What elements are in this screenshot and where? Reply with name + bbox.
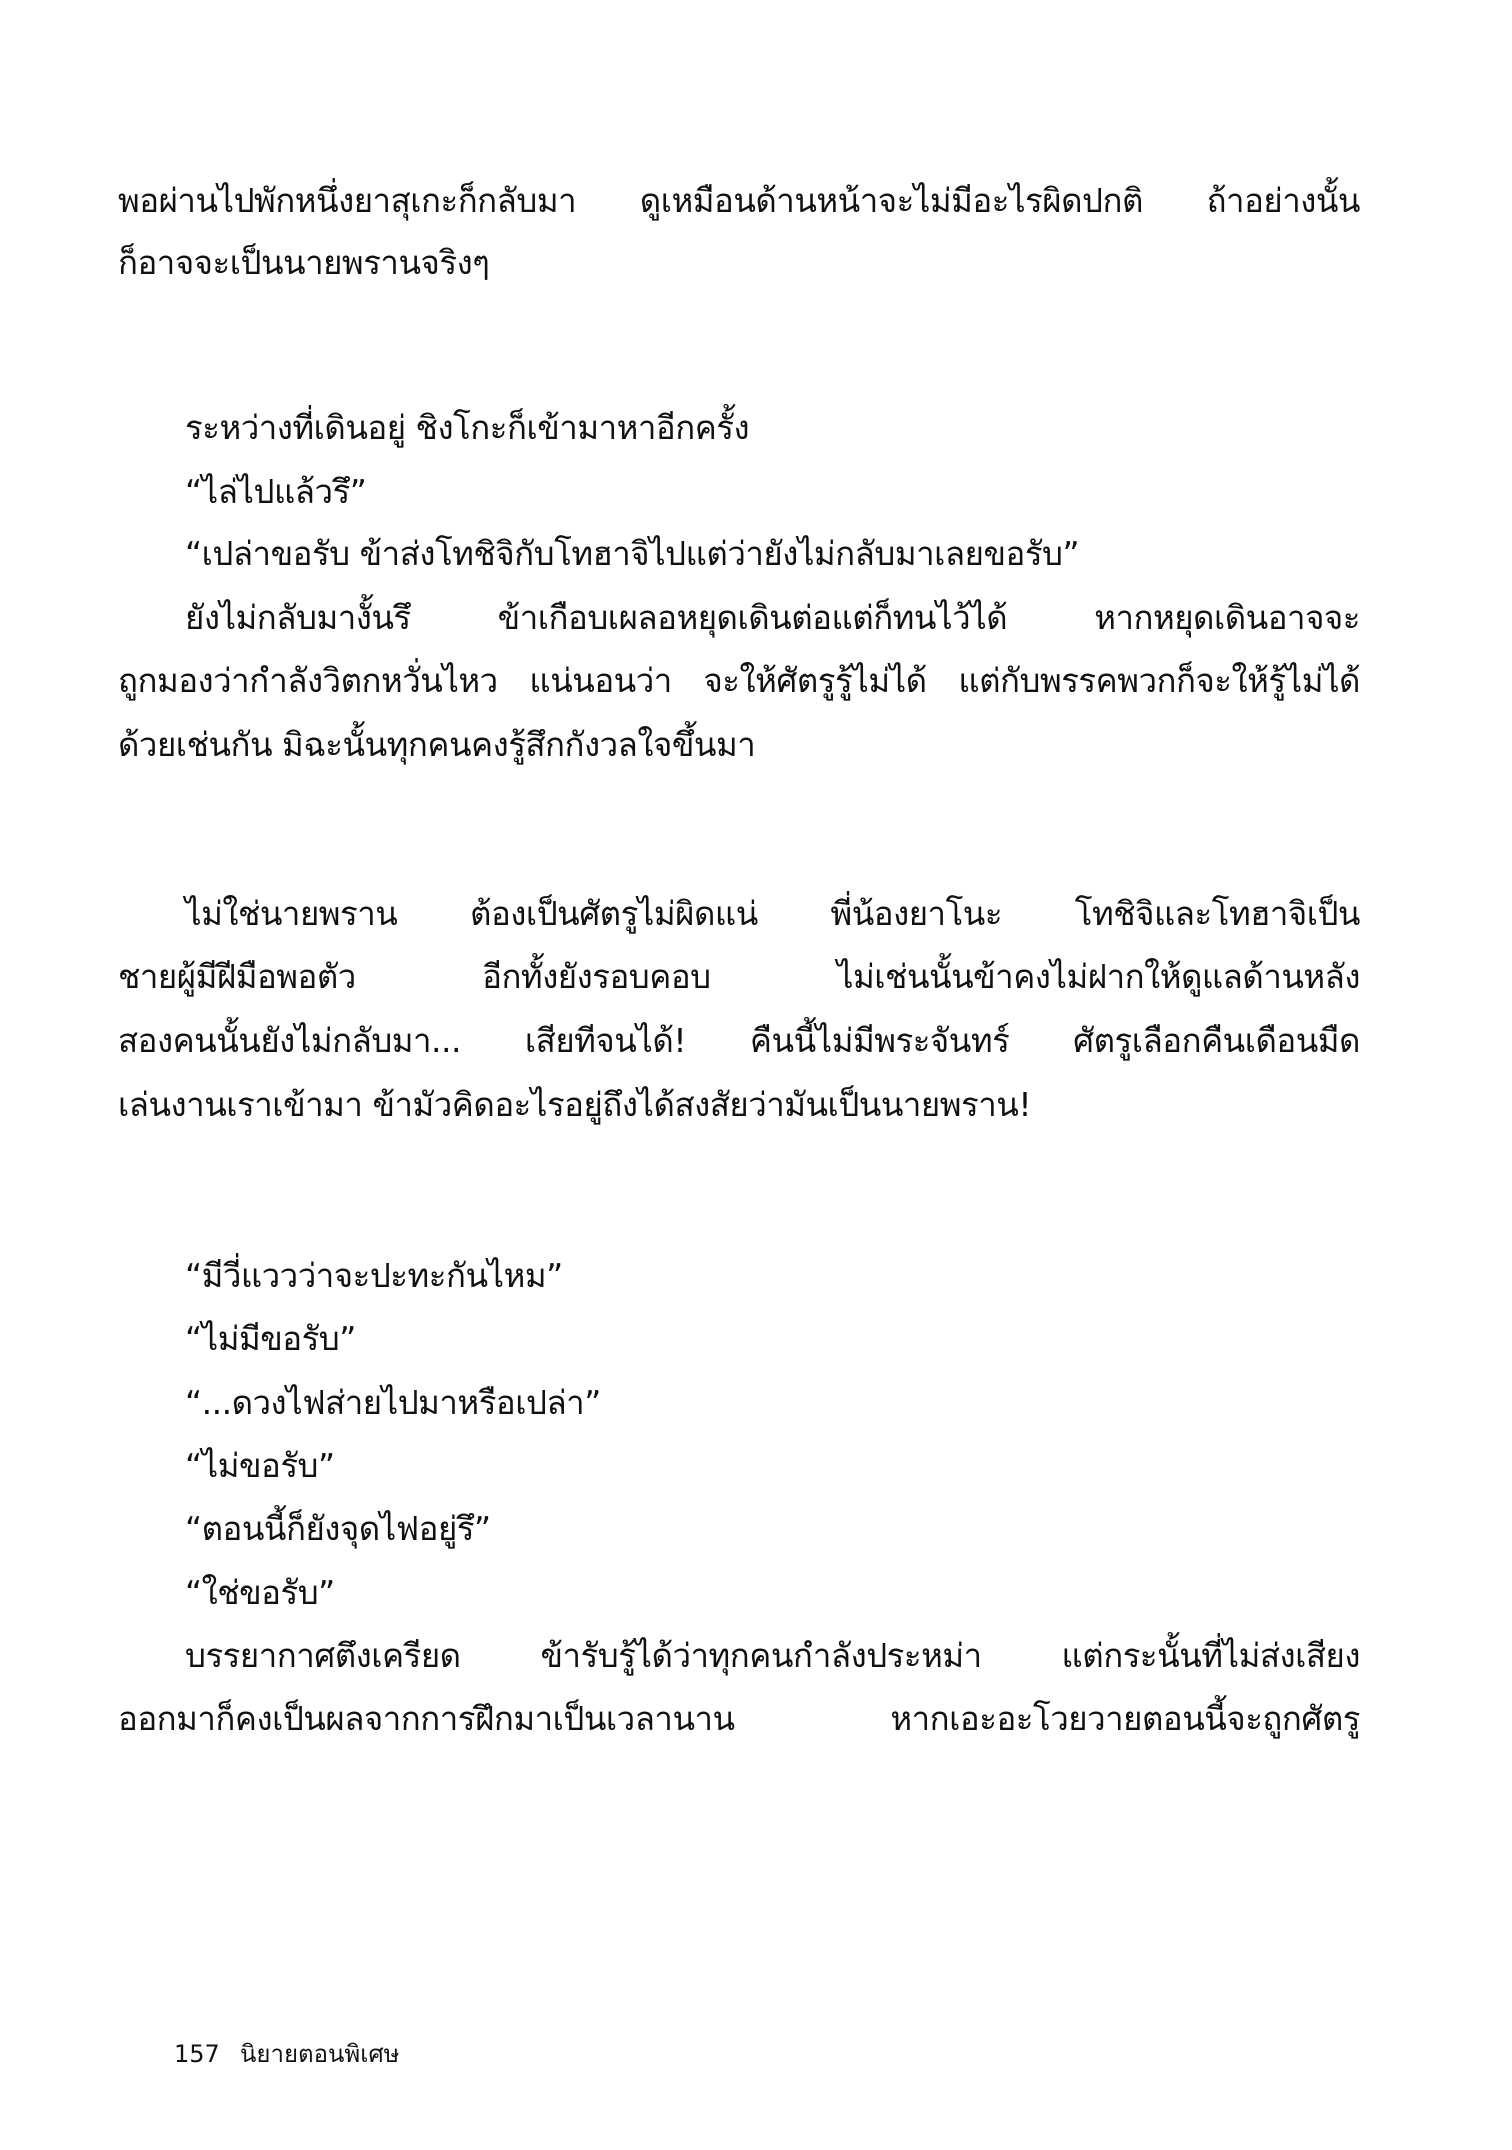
text-line: ยังไม่กลับมางั้นรึ ข้าเกือบเผลอหยุดเดินต… bbox=[185, 593, 1360, 643]
text-line: “ตอนนี้ก็ยังจุดไฟอยู่รึ” bbox=[185, 1504, 1360, 1554]
page-number: 157 bbox=[174, 2036, 240, 2072]
page-footer: 157นิยายตอนพิเศษ bbox=[174, 2036, 400, 2072]
text-line: บรรยากาศตึงเครียด ข้ารับรู้ได้ว่าทุกคนกำ… bbox=[185, 1631, 1360, 1681]
text-line: สองคนนั้นยังไม่กลับมา... เสียทีจนได้! คื… bbox=[118, 1016, 1360, 1066]
text-line: “ใช่ขอรับ” bbox=[185, 1568, 1360, 1618]
text-line: “ไม่มีขอรับ” bbox=[185, 1314, 1360, 1364]
text-line: “...ดวงไฟส่ายไปมาหรือเปล่า” bbox=[185, 1378, 1360, 1428]
text-line: “ไม่ขอรับ” bbox=[185, 1441, 1360, 1491]
text-line: ระหว่างที่เดินอยู่ ชิงโกะก็เข้ามาหาอีกคร… bbox=[185, 403, 1360, 453]
text-line: ด้วยเช่นกัน มิฉะนั้นทุกคนคงรู้สึกกังวลใจ… bbox=[118, 720, 1360, 770]
book-page: พอผ่านไปพักหนึ่งยาสุเกะก็กลับมา ดูเหมือน… bbox=[0, 0, 1512, 2150]
text-line: “ไล่ไปแล้วรึ” bbox=[185, 467, 1360, 517]
text-line: “มีวี่แววว่าจะปะทะกันไหม” bbox=[185, 1251, 1360, 1301]
text-line: เล่นงานเราเข้ามา ข้ามัวคิดอะไรอยู่ถึงได้… bbox=[118, 1080, 1360, 1130]
text-line: ออกมาก็คงเป็นผลจากการฝึกมาเป็นเวลานาน หา… bbox=[118, 1694, 1360, 1744]
text-line: ไม่ใช่นายพราน ต้องเป็นศัตรูไม่ผิดแน่ พี่… bbox=[185, 889, 1360, 939]
text-line: “เปล่าขอรับ ข้าส่งโทชิจิกับโทฮาจิไปแต่ว่… bbox=[185, 529, 1360, 579]
text-line: พอผ่านไปพักหนึ่งยาสุเกะก็กลับมา ดูเหมือน… bbox=[118, 176, 1360, 226]
section-title: นิยายตอนพิเศษ bbox=[240, 2040, 400, 2068]
text-line: ก็อาจจะเป็นนายพรานจริงๆ bbox=[118, 238, 1360, 288]
text-line: ถูกมองว่ากำลังวิตกหวั่นไหว แน่นอนว่า จะใ… bbox=[118, 656, 1360, 706]
text-line: ชายผู้มีฝีมือพอตัว อีกทั้งยังรอบคอบ ไม่เ… bbox=[118, 952, 1360, 1002]
